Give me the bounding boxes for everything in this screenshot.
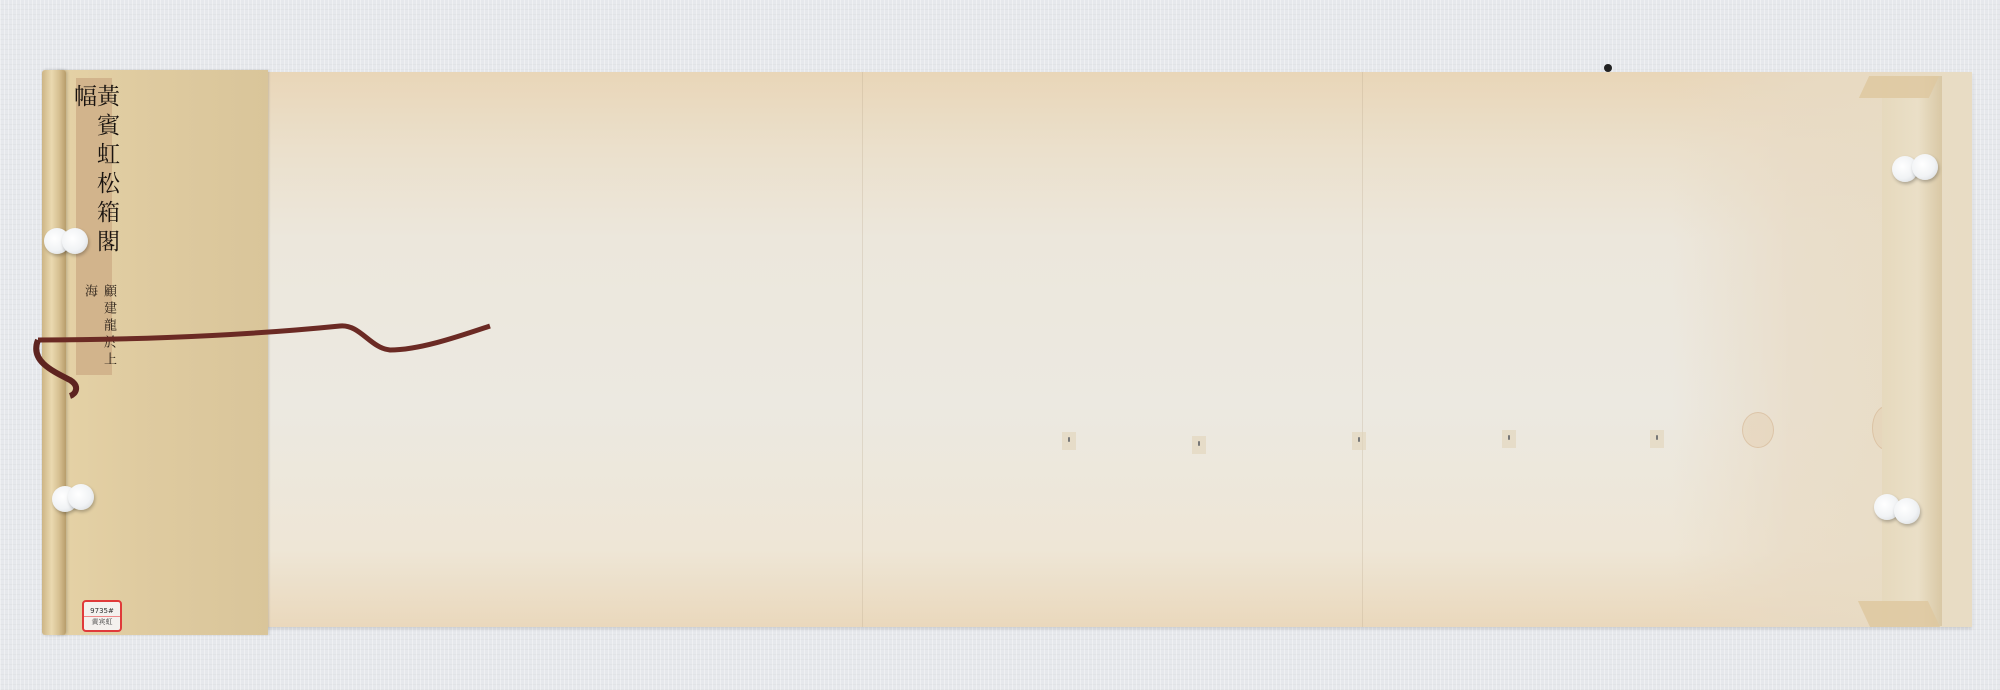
scroll-paper-back (262, 72, 1972, 627)
tape (1859, 76, 1939, 98)
push-pin (68, 484, 94, 510)
mounting-spot (1352, 432, 1366, 450)
tie-ribbon (20, 320, 500, 410)
mounting-spot (1192, 436, 1206, 454)
pin-hole (1604, 64, 1612, 72)
push-pin (62, 228, 88, 254)
mounting-spot (1650, 430, 1664, 448)
mounting-spot (1502, 430, 1516, 448)
push-pin (1894, 498, 1920, 524)
fold-line (862, 72, 863, 627)
inventory-name: 黄宾虹 (84, 617, 120, 627)
inventory-label: 9735# 黄宾虹 (82, 600, 122, 632)
push-pin (1912, 154, 1938, 180)
fold-line (1362, 72, 1363, 627)
water-stain (1742, 412, 1774, 448)
mounting-spot (1062, 432, 1076, 450)
inventory-number: 9735# (84, 606, 120, 617)
tape (1858, 601, 1940, 627)
